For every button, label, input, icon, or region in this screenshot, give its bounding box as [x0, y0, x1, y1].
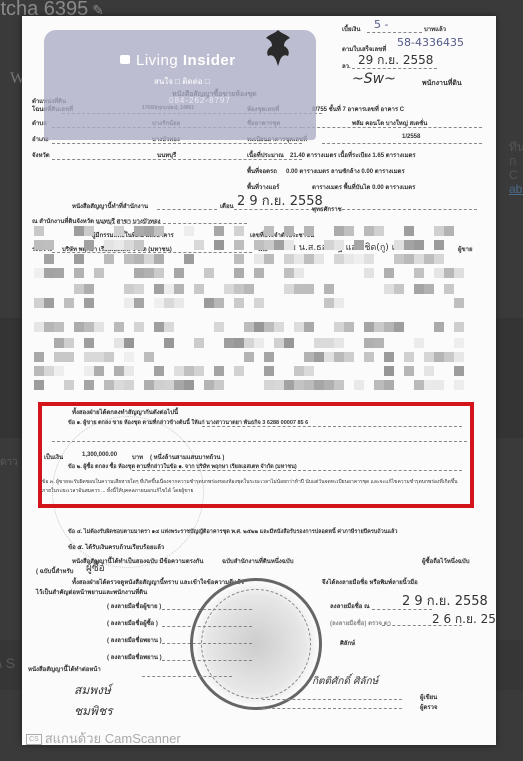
acknowledge-line: ทั้งสองฝ่ายได้ตรวจดูหนังสือสัญญานี้ทราบ …: [72, 577, 244, 587]
fragment-line: ก C: [509, 154, 523, 182]
copies-right: ฉบับสำนักงานที่ดินหนึ่งฉบับ: [222, 556, 294, 566]
role-writer: ผู้เขียน: [420, 692, 437, 702]
amount-label: เป็นเงิน: [44, 452, 63, 462]
registered-label: ลงลายมือชื่อ ณ: [330, 601, 370, 611]
checked-date: 2 6 ก.ย. 2558: [432, 610, 496, 629]
field-label: จังหวัด: [32, 150, 50, 160]
role-checker: ผู้ตรวจ: [420, 702, 438, 712]
amount-unit: บาท: [132, 452, 143, 462]
pixelated-redaction: [34, 226, 474, 396]
field-value: 8/755 ชั้นที่ 7 อาคารเลขที่ อาคาร C: [312, 104, 404, 114]
date-label: ลว.: [342, 61, 351, 71]
contract-date: 2 9 ก.ย. 2558: [237, 190, 323, 211]
camscanner-label: สแกนด้วย CamScanner: [45, 731, 181, 745]
fragment-link[interactable]: abl: [509, 182, 523, 196]
contract-made-label: หนังสือสัญญานี้ทำที่สำนักงาน: [72, 201, 148, 211]
fragment-line: ทีน: [509, 140, 523, 154]
prepared-label: หนังสือสัญญานี้ได้ทำต่อหน้า: [28, 664, 101, 674]
sign-label: จึงได้ลงลายมือชื่อ หรือพิมพ์ลายนิ้วมือ: [322, 577, 418, 587]
amount-value: 1,300,000.00: [82, 452, 117, 458]
garuda-emblem-icon: [262, 28, 294, 68]
watermark-logo: Living Insider: [120, 52, 236, 69]
document-image: เบี้ยเงิน 5 - บาทแล้ว ตามใบเสร็จเลขที่ 5…: [22, 16, 496, 745]
field-value: ตารางเมตร พื้นที่บันได 0.00 ตารางเมตร: [312, 182, 415, 192]
field-label: เนื้อที่ประมาณ: [247, 150, 284, 160]
camscanner-badge: CSสแกนด้วย CamScanner: [26, 728, 181, 745]
brand-regular: Living: [136, 52, 178, 69]
camscanner-icon: CS: [26, 734, 42, 745]
background-fragment: ดาว: [0, 455, 18, 470]
clause-3: ข้อ ๓. ผู้ขายจะรับผิดชอบในความเสียหายใดๆ…: [42, 478, 470, 496]
brand-bold: Insider: [183, 52, 236, 69]
fee-label: เบี้ยเงิน: [342, 24, 360, 34]
clause-intro: ทั้งสองฝ่ายได้ตกลงทำสัญญากันดังต่อไปนี้: [72, 407, 178, 417]
sign-row: ( ลงลายมือชื่อผู้ขาย ): [107, 601, 161, 611]
fee-value: 5 -: [374, 18, 388, 31]
receipt-value: 58-4336435: [397, 36, 464, 49]
checked-label: (ลงลายมือชื่อ) ตรวจ ตา: [330, 618, 391, 628]
field-value: 0.00 ตารางเมตร ลานซักล้าง 0.00 ตารางเมตร: [286, 166, 405, 176]
signer-name: ชมพิชร: [74, 702, 113, 721]
officer-signature: กิตติศักดิ์ ศิลักษ์: [312, 674, 378, 689]
office-line: ณ สำนักงานที่ดินจังหวัด นนทบุรี สาขา บาง…: [32, 216, 160, 226]
officer-label: พนักงานที่ดิน: [422, 78, 462, 89]
signer-name: สมพงษ์: [74, 681, 111, 700]
field-value: 21.40 ตารางเมตร เนื้อที่ระเบียง 1.65 ตาร…: [290, 150, 416, 160]
witness-line: ไว้เป็นสำคัญต่อหน้าพยานและพนักงานที่ดิน: [36, 587, 147, 597]
clause-4: ข้อ ๔. ไม่ต้องรับผิดชอบตามมาตรา ๑๔ แห่งพ…: [68, 528, 397, 536]
registered-date: 2 9 ก.ย. 2558: [402, 590, 488, 611]
fee-unit: บาทแล้ว: [424, 24, 446, 34]
month-label: เดือน: [220, 201, 234, 211]
year-label: พุทธศักราช: [312, 204, 342, 214]
copy-for-value: ผู้ซื้อ: [86, 561, 105, 576]
clause-5: ข้อ ๕. ได้รับเงินครบถ้วนเรียบร้อยแล้ว: [68, 542, 164, 552]
logo-mark-icon: [120, 55, 130, 64]
officer-name: ศิลักษ์: [340, 638, 355, 648]
sign-row: ( ลงลายมือชื่อพยาน ): [107, 635, 162, 645]
field-value: 1/2558: [402, 134, 420, 140]
copies-far: ผู้ซื้อถือไว้หนึ่งฉบับ: [422, 556, 470, 566]
background-fragment: \ S: [0, 655, 15, 671]
officer-signature: ~Sw~: [352, 71, 396, 87]
field-label: พื้นที่จอดรถ: [247, 166, 277, 176]
amount-words: ( หนึ่งล้านสามแสนบาทถ้วน ): [150, 452, 224, 462]
watermark-interest: สนใจ □ ติดต่อ □: [154, 75, 210, 88]
background-right-fragment: ทีน ก C abl: [509, 140, 523, 196]
watermark-phone: 084-262-8797: [169, 96, 231, 105]
sign-row: ( ลงลายมือชื่อผู้ซื้อ ): [107, 618, 158, 628]
copy-for-label: ( ฉบับนี้สำหรับ: [36, 566, 74, 576]
official-seal-icon: [190, 578, 322, 710]
sign-row: ( ลงลายมือชื่อพยาน ): [107, 652, 162, 662]
